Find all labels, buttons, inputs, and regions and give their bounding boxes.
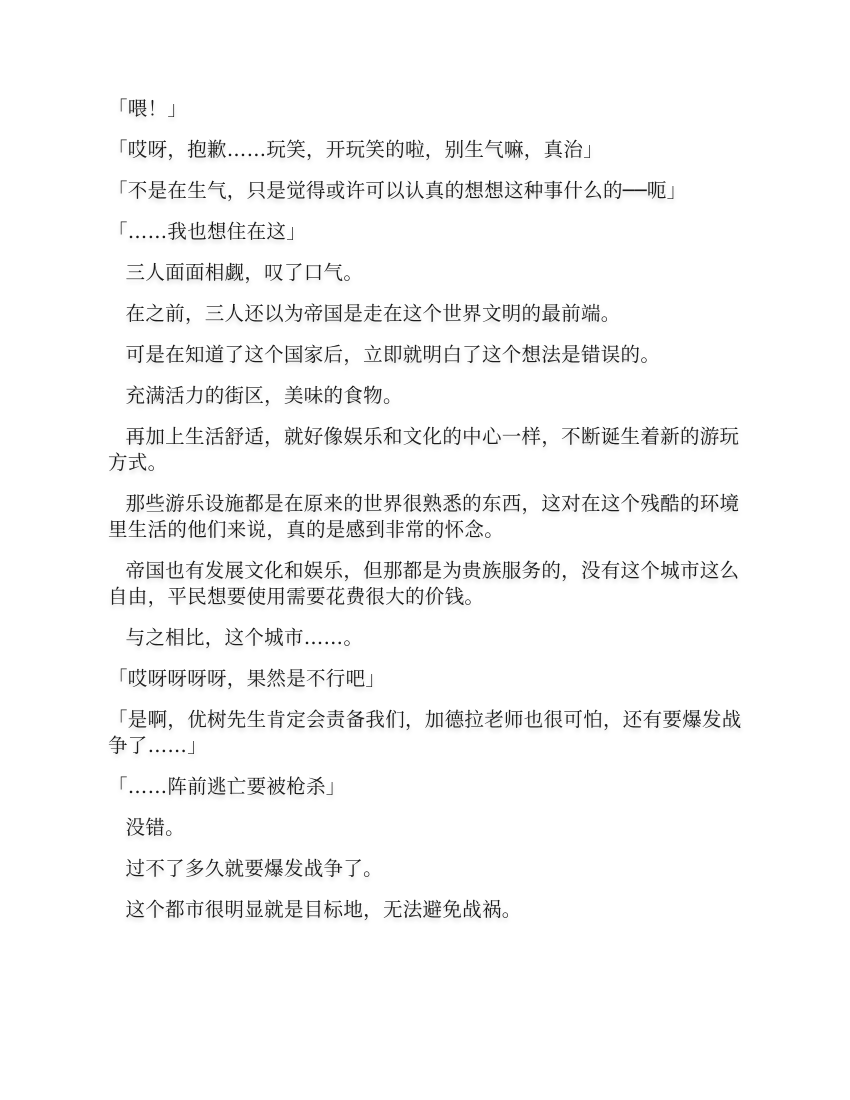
paragraph-dialogue: 「喂！」 bbox=[108, 96, 748, 122]
paragraph-dialogue: 「不是在生气，只是觉得或许可以认真的想想这种事什么的──呃」 bbox=[108, 178, 748, 204]
paragraph-dialogue: 「是啊，优树先生肯定会责备我们，加德拉老师也很可怕，还有要爆发战争了……」 bbox=[108, 707, 748, 759]
paragraph-dialogue: 「哎呀呀呀呀，果然是不行吧」 bbox=[108, 666, 748, 692]
paragraph-narration: 再加上生活舒适，就好像娱乐和文化的中心一样，不断诞生着新的游玩方式。 bbox=[108, 424, 748, 476]
paragraph-narration: 那些游乐设施都是在原来的世界很熟悉的东西，这对在这个残酷的环境里生活的他们来说，… bbox=[108, 491, 748, 543]
paragraph-dialogue: 「哎呀，抱歉……玩笑，开玩笑的啦，别生气嘛，真治」 bbox=[108, 137, 748, 163]
paragraph-narration: 在之前，三人还以为帝国是走在这个世界文明的最前端。 bbox=[108, 301, 748, 327]
paragraph-dialogue: 「……阵前逃亡要被枪杀」 bbox=[108, 774, 748, 800]
paragraph-narration: 充满活力的街区，美味的食物。 bbox=[108, 383, 748, 409]
paragraph-narration: 没错。 bbox=[108, 815, 748, 841]
paragraph-narration: 这个都市很明显就是目标地，无法避免战祸。 bbox=[108, 897, 748, 923]
paragraph-narration: 过不了多久就要爆发战争了。 bbox=[108, 856, 748, 882]
paragraph-dialogue: 「……我也想住在这」 bbox=[108, 219, 748, 245]
paragraph-narration: 可是在知道了这个国家后，立即就明白了这个想法是错误的。 bbox=[108, 342, 748, 368]
paragraph-narration: 与之相比，这个城市……。 bbox=[108, 625, 748, 651]
paragraph-narration: 帝国也有发展文化和娱乐，但那都是为贵族服务的，没有这个城市这么自由，平民想要使用… bbox=[108, 558, 748, 610]
document-page: 「喂！」 「哎呀，抱歉……玩笑，开玩笑的啦，别生气嘛，真治」 「不是在生气，只是… bbox=[108, 96, 748, 938]
paragraph-narration: 三人面面相觑，叹了口气。 bbox=[108, 260, 748, 286]
